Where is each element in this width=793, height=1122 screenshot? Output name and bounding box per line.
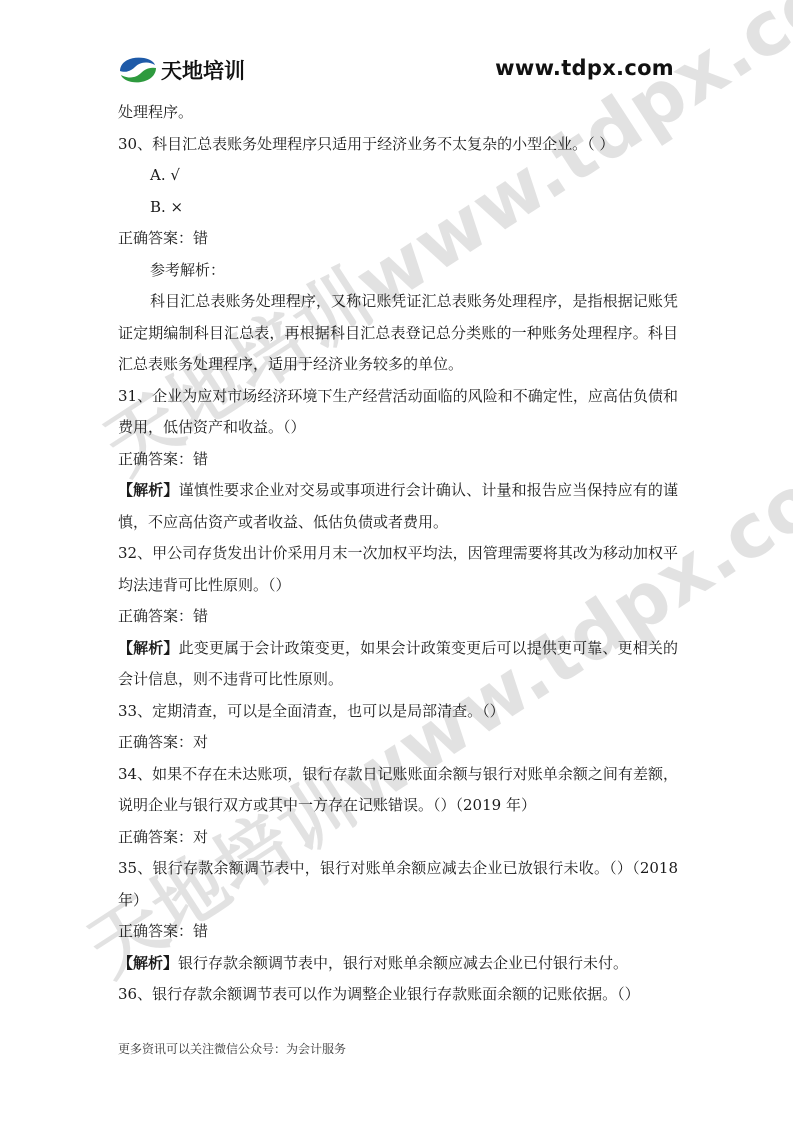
brand-name: 天地培训 bbox=[161, 55, 245, 85]
analysis: 【解析】此变更属于会计政策变更，如果会计政策变更后可以提供更可靠、更相关的会计信… bbox=[118, 633, 678, 696]
answer-line: 正确答案：错 bbox=[118, 601, 678, 633]
analysis: 【解析】谨慎性要求企业对交易或事项进行会计确认、计量和报告应当保持应有的谨慎，不… bbox=[118, 475, 678, 538]
document-body: 处理程序。 30、科目汇总表账务处理程序只适用于经济业务不太复杂的小型企业。（ … bbox=[118, 97, 678, 1011]
question-36: 36、银行存款余额调节表可以作为调整企业银行存款账面余额的记账依据。（） bbox=[118, 979, 678, 1011]
answer-line: 正确答案：错 bbox=[118, 916, 678, 948]
question-31: 31、企业为应对市场经济环境下生产经营活动面临的风险和不确定性，应高估负债和费用… bbox=[118, 381, 678, 539]
question-text: 32、甲公司存货发出计价采用月末一次加权平均法，因管理需要将其改为移动加权平均法… bbox=[118, 538, 678, 601]
question-text: 31、企业为应对市场经济环境下生产经营活动面临的风险和不确定性，应高估负债和费用… bbox=[118, 381, 678, 444]
question-34: 34、如果不存在未达账项，银行存款日记账账面余额与银行对账单余额之间有差额，说明… bbox=[118, 759, 678, 854]
answer-label: 正确答案： bbox=[118, 922, 193, 940]
question-35: 35、银行存款余额调节表中，银行对账单余额应减去企业已放银行未收。（）（2018… bbox=[118, 853, 678, 979]
continued-text: 处理程序。 bbox=[118, 97, 678, 129]
analysis-text: 此变更属于会计政策变更，如果会计政策变更后可以提供更可靠、更相关的会计信息，则不… bbox=[118, 639, 678, 689]
answer-value: 对 bbox=[193, 828, 208, 846]
reference-label: 参考解析： bbox=[118, 255, 678, 287]
page-footer: 更多资讯可以关注微信公众号：为会计服务 bbox=[118, 1040, 346, 1057]
answer-line: 正确答案：错 bbox=[118, 223, 678, 255]
analysis-label: 【解析】 bbox=[118, 639, 179, 657]
answer-label: 正确答案： bbox=[118, 828, 193, 846]
question-text: 36、银行存款余额调节表可以作为调整企业银行存款账面余额的记账依据。（） bbox=[118, 979, 678, 1011]
answer-line: 正确答案：对 bbox=[118, 822, 678, 854]
question-33: 33、定期清查，可以是全面清查，也可以是局部清查。（） 正确答案：对 bbox=[118, 696, 678, 759]
analysis-text: 谨慎性要求企业对交易或事项进行会计确认、计量和报告应当保持应有的谨慎，不应高估资… bbox=[118, 481, 678, 531]
document-page: 天地培训 www.tdpx.com 天地培训www.tdpx.com 天地培训w… bbox=[0, 0, 793, 1122]
reference-text: 科目汇总表账务处理程序，又称记账凭证汇总表账务处理程序，是指根据记账凭证定期编制… bbox=[118, 286, 678, 381]
option-b: B. × bbox=[118, 192, 678, 224]
question-text: 30、科目汇总表账务处理程序只适用于经济业务不太复杂的小型企业。（ ） bbox=[118, 129, 678, 161]
answer-line: 正确答案：对 bbox=[118, 727, 678, 759]
analysis-text: 银行存款余额调节表中，银行对账单余额应减去企业已付银行未付。 bbox=[178, 954, 628, 972]
answer-value: 错 bbox=[193, 450, 208, 468]
question-32: 32、甲公司存货发出计价采用月末一次加权平均法，因管理需要将其改为移动加权平均法… bbox=[118, 538, 678, 696]
analysis: 【解析】银行存款余额调节表中，银行对账单余额应减去企业已付银行未付。 bbox=[118, 948, 678, 980]
question-text: 33、定期清查，可以是全面清查，也可以是局部清查。（） bbox=[118, 696, 678, 728]
answer-value: 错 bbox=[193, 922, 208, 940]
answer-value: 对 bbox=[193, 733, 208, 751]
answer-label: 正确答案： bbox=[118, 607, 193, 625]
analysis-label: 【解析】 bbox=[118, 954, 178, 972]
answer-label: 正确答案： bbox=[118, 229, 193, 247]
site-url: www.tdpx.com bbox=[495, 56, 674, 80]
option-a: A. √ bbox=[118, 160, 678, 192]
page-header: 天地培训 www.tdpx.com bbox=[118, 50, 674, 90]
analysis-label: 【解析】 bbox=[118, 481, 179, 499]
question-30: 30、科目汇总表账务处理程序只适用于经济业务不太复杂的小型企业。（ ） A. √… bbox=[118, 129, 678, 381]
answer-label: 正确答案： bbox=[118, 450, 193, 468]
answer-value: 错 bbox=[193, 607, 208, 625]
brand-logo: 天地培训 bbox=[118, 52, 245, 88]
question-text: 34、如果不存在未达账项，银行存款日记账账面余额与银行对账单余额之间有差额，说明… bbox=[118, 759, 678, 822]
question-text: 35、银行存款余额调节表中，银行对账单余额应减去企业已放银行未收。（）（2018… bbox=[118, 853, 678, 916]
tiandi-swirl-logo-icon bbox=[118, 55, 158, 85]
answer-label: 正确答案： bbox=[118, 733, 193, 751]
answer-value: 错 bbox=[193, 229, 208, 247]
answer-line: 正确答案：错 bbox=[118, 444, 678, 476]
